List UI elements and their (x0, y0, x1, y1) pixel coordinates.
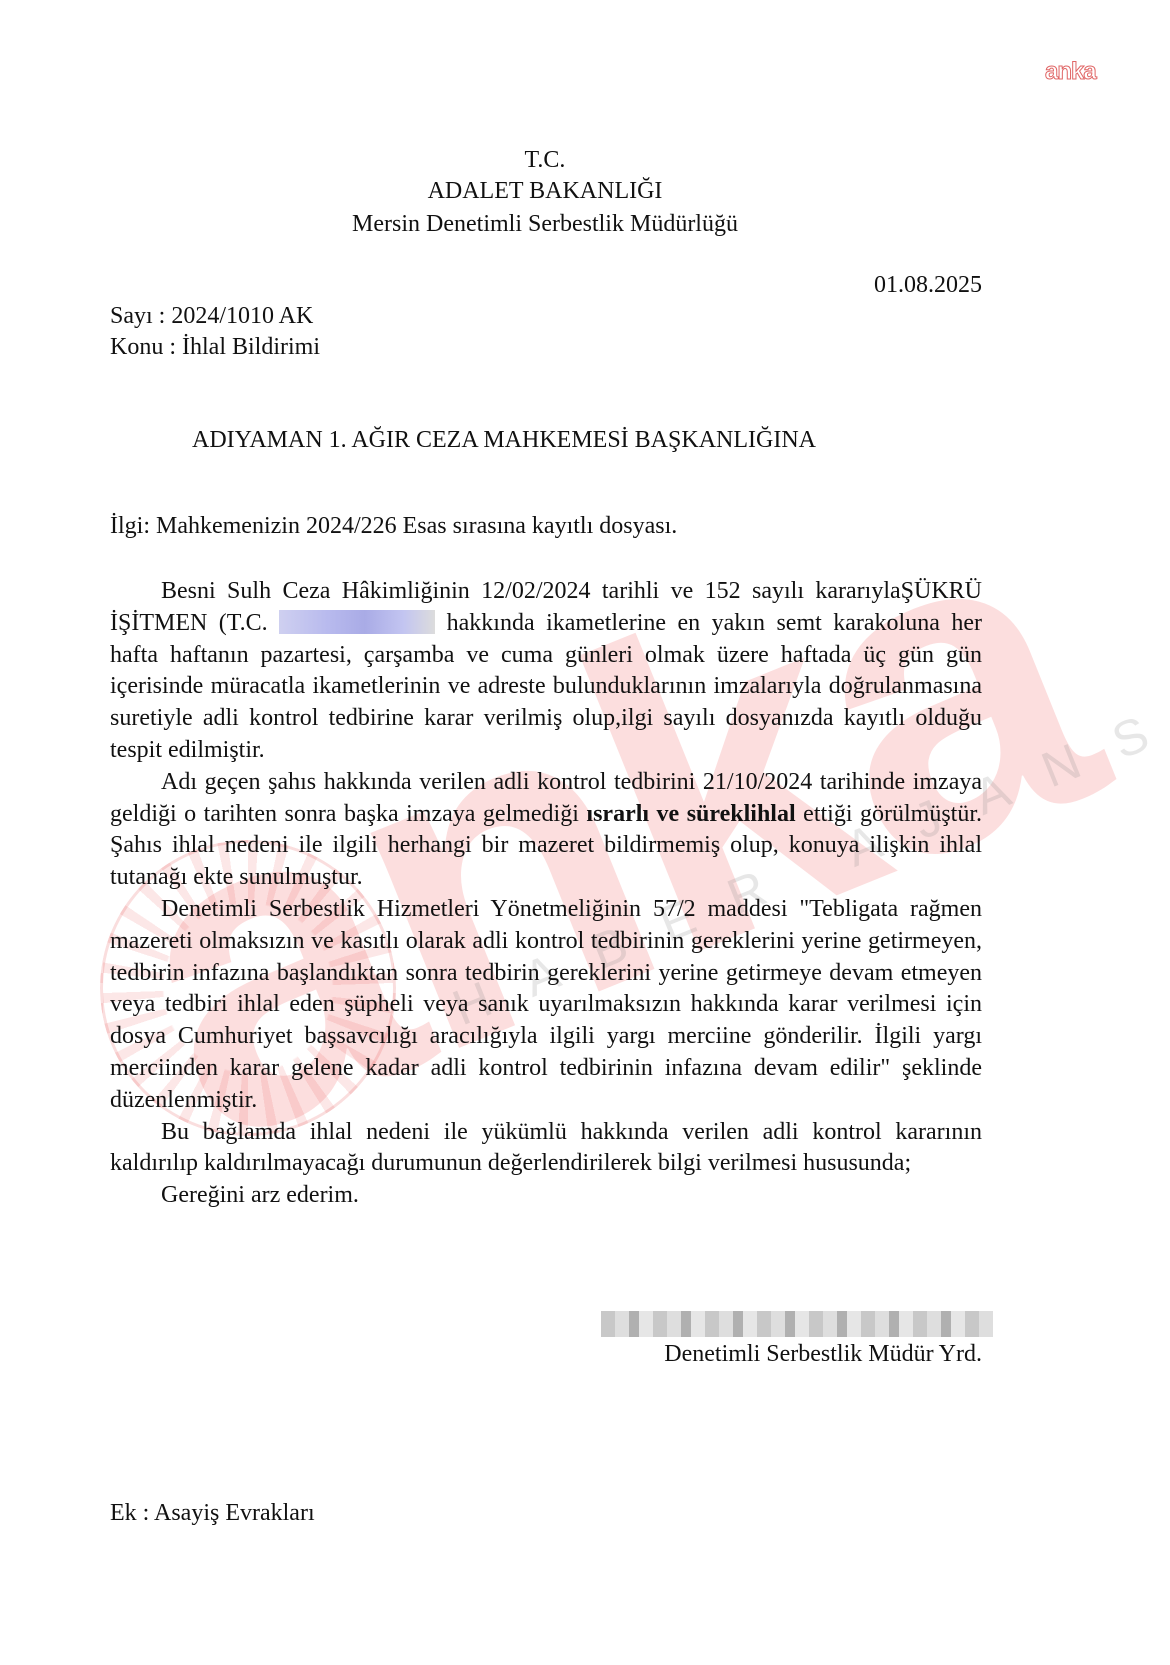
addressee-heading: ADIYAMAN 1. AĞIR CEZA MAHKEMESİ BAŞKANLI… (192, 427, 816, 454)
paragraph-2-emphasis: ısrarlı ve süreklihlal (586, 801, 795, 827)
signatory-title: Denetimli Serbestlik Müdür Yrd. (664, 1341, 982, 1368)
reference-number: Sayı : 2024/1010 AK (110, 303, 313, 330)
reference-line: İlgi: Mahkemenizin 2024/226 Esas sırasın… (110, 513, 677, 540)
header-directorate: Mersin Denetimli Serbestlik Müdürlüğü (0, 211, 1090, 238)
redacted-signature-name (601, 1311, 993, 1337)
paragraph-2: Adı geçen şahıs hakkında verilen adli ko… (110, 767, 982, 894)
attachment-note: Ek : Asayiş Evrakları (110, 1500, 315, 1527)
paragraph-3: Denetimli Serbestlik Hizmetleri Yönetmel… (110, 894, 982, 1117)
closing-line: Gereğini arz ederim. (110, 1180, 982, 1212)
document-date: 01.08.2025 (874, 272, 982, 299)
paragraph-1: Besni Sulh Ceza Hâkimliğinin 12/02/2024 … (110, 576, 982, 767)
redacted-id-number (279, 610, 435, 634)
paragraph-4: Bu bağlamda ihlal nedeni ile yükümlü hak… (110, 1117, 982, 1181)
subject: Konu : İhlal Bildirimi (110, 334, 320, 361)
anka-logo: anka (1045, 58, 1096, 86)
document-page: anka HABER AJANSI anka T.C. ADALET BAKAN… (0, 0, 1170, 1665)
letter-body: Besni Sulh Ceza Hâkimliğinin 12/02/2024 … (110, 576, 982, 1212)
header-ministry: ADALET BAKANLIĞI (0, 178, 1090, 205)
header-tc: T.C. (0, 147, 1090, 174)
